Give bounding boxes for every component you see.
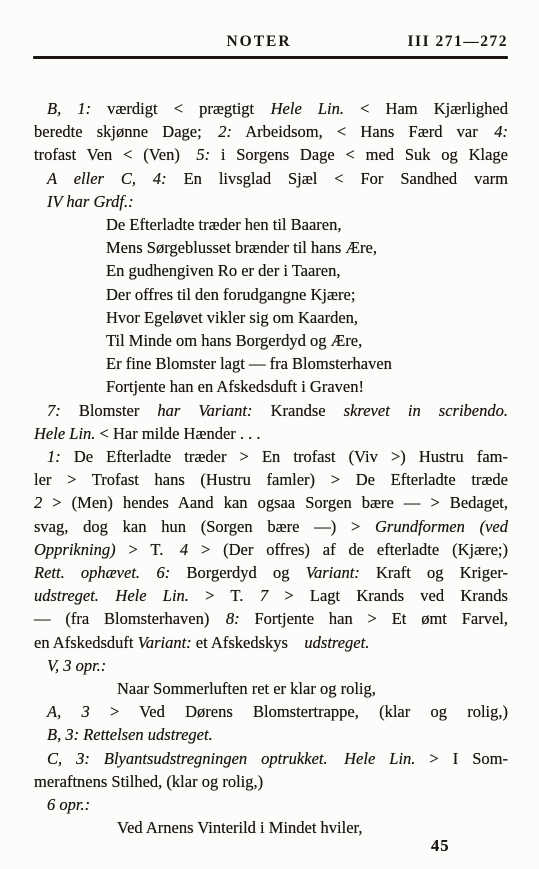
text-line: 2 > (Men) hendes Aand kan ogsaa Sorgen b… xyxy=(34,491,508,514)
text-line: De Efterladte træder hen til Baaren, xyxy=(34,213,508,236)
text-segment: Arbeidsom, < Hans Færd var xyxy=(232,122,494,141)
text-segment: Krandse xyxy=(253,401,344,420)
text-segment: V, 3 opr.: xyxy=(47,656,106,675)
text-segment: > I Som- xyxy=(415,749,508,768)
text-segment: Kraft og Kriger- xyxy=(360,563,508,582)
text-segment: < Ham Kjærlighed xyxy=(344,99,508,118)
text-line: Der offres til den forudgangne Kjære; xyxy=(34,283,508,306)
text-segment: Hele Lin. xyxy=(115,586,189,605)
text-line: ler > Trofast hans (Hustru famler) > De … xyxy=(34,468,508,491)
text-segment: Fortjente han > Et ømt Farvel, xyxy=(240,609,508,628)
text-segment: > Ved Dørens Blomstertrappe, (klar og ro… xyxy=(90,702,508,721)
text-line: trofast Ven < (Ven) 5: i Sorgens Dage < … xyxy=(34,143,508,166)
text-segment: C, 3: Blyantsudstregningen optrukket. xyxy=(47,749,328,768)
text-segment: > (Der offres) af de efterladte (Kjære;) xyxy=(188,540,508,559)
text-line: Fortjente han en Afskedsduft i Graven! xyxy=(34,375,508,398)
text-segment: B, 1: xyxy=(47,99,91,118)
text-line: meraftnens Stilhed, (klar og rolig,) xyxy=(34,770,508,793)
text-segment: trofast Ven < (Ven) xyxy=(34,145,196,164)
text-segment: Rett. ophævet. xyxy=(34,563,140,582)
text-segment: < Har milde Hænder . . . xyxy=(95,424,260,443)
text-segment: > T. xyxy=(116,540,180,559)
text-line: Rett. ophævet. 6: Borgerdyd og Variant: … xyxy=(34,561,508,584)
text-segment: Der offres til den forudgangne Kjære; xyxy=(106,285,355,304)
text-segment: ler > Trofast hans (Hustru famler) > De … xyxy=(34,470,508,489)
text-line: en Afskedsduft Variant: et Afskedskys ud… xyxy=(34,631,508,654)
text-segment: 8: xyxy=(226,609,240,628)
text-line: udstreget. Hele Lin. > T. 7 > Lagt Krand… xyxy=(34,584,508,607)
book-page: NOTER III 271—272 B, 1: værdigt < prægti… xyxy=(0,0,539,869)
text-segment: Grundformen (ved xyxy=(375,517,508,536)
text-segment: Variant: xyxy=(306,563,360,582)
text-segment: svag, dog kan hun (Sorgen bære —) > xyxy=(34,517,375,536)
text-line: beredte skjønne Dage; 2: Arbeidsom, < Ha… xyxy=(34,120,508,143)
text-segment: Borgerdyd og xyxy=(170,563,305,582)
text-segment: 6: xyxy=(157,563,171,582)
text-segment: værdigt < prægtigt xyxy=(91,99,271,118)
text-segment: Variant: xyxy=(138,633,192,652)
text-line: C, 3: Blyantsudstregningen optrukket. He… xyxy=(34,747,508,770)
text-segment: skrevet in scribendo. xyxy=(344,401,508,420)
text-segment: A, 3 xyxy=(47,702,90,721)
page-number: 45 xyxy=(431,836,450,856)
text-segment: meraftnens Stilhed, (klar og rolig,) xyxy=(34,772,263,791)
text-line: B, 1: værdigt < prægtigt Hele Lin. < Ham… xyxy=(34,97,508,120)
text-line: IV har Grdf.: xyxy=(34,190,508,213)
notes-text-block: B, 1: værdigt < prægtigt Hele Lin. < Ham… xyxy=(34,97,508,840)
text-segment: En gudhengiven Ro er der i Taaren, xyxy=(106,261,341,280)
text-segment: 2: xyxy=(218,122,232,141)
text-segment: De Efterladte træder hen til Baaren, xyxy=(106,215,341,234)
text-line: Opprikning) > T. 4 > (Der offres) af de … xyxy=(34,538,508,561)
text-segment: Opprikning) xyxy=(34,540,116,559)
text-line: A, 3 > Ved Dørens Blomstertrappe, (klar … xyxy=(34,700,508,723)
page-reference: III 271—272 xyxy=(408,33,508,51)
text-segment: Hvor Egeløvet vikler sig om Kaarden, xyxy=(106,308,358,327)
text-line: Er fine Blomster lagt — fra Blomsterhave… xyxy=(34,352,508,375)
text-segment: udstreget. xyxy=(34,586,99,605)
text-line: Naar Sommerluften ret er klar og rolig, xyxy=(34,677,508,700)
text-segment: Hele Lin. xyxy=(344,749,415,768)
text-line: Hvor Egeløvet vikler sig om Kaarden, xyxy=(34,306,508,329)
text-segment: IV har Grdf.: xyxy=(47,192,134,211)
text-segment: i Sorgens Dage < med Suk og Klage xyxy=(210,145,508,164)
text-segment: en Afskedsduft xyxy=(34,633,138,652)
text-segment xyxy=(140,563,157,582)
text-segment: beredte skjønne Dage; xyxy=(34,122,218,141)
text-segment: A eller C, 4: xyxy=(47,169,167,188)
text-segment: 2 xyxy=(34,493,42,512)
text-segment: En livsglad Sjæl < For Sandhed varm xyxy=(167,169,508,188)
text-line: En gudhengiven Ro er der i Taaren, xyxy=(34,259,508,282)
running-title: NOTER xyxy=(226,33,291,51)
text-segment: Naar Sommerluften ret er klar og rolig, xyxy=(117,679,376,698)
text-segment: 4: xyxy=(494,122,508,141)
text-line: — (fra Blomsterhaven) 8: Fortjente han >… xyxy=(34,607,508,630)
text-segment: > Lagt Krands ved Krands xyxy=(268,586,508,605)
text-segment: Hele Lin. xyxy=(271,99,344,118)
text-line: Til Minde om hans Borgerdyd og Ære, xyxy=(34,329,508,352)
text-segment: 5: xyxy=(196,145,210,164)
text-segment: udstreget. xyxy=(304,633,369,652)
text-segment: 7 xyxy=(260,586,268,605)
text-segment: Mens Sørgeblusset brænder til hans Ære, xyxy=(106,238,377,257)
text-line: 6 opr.: xyxy=(34,793,508,816)
text-line: 1: De Efterladte træder > En trofast (Vi… xyxy=(34,445,508,468)
text-segment: Hele Lin. xyxy=(34,424,95,443)
text-segment: B, 3: Rettelsen udstreget. xyxy=(47,725,213,744)
text-segment: > (Men) hendes Aand kan ogsaa Sorgen bær… xyxy=(42,493,508,512)
text-segment: De Efterladte træder > En trofast (Viv >… xyxy=(61,447,508,466)
text-line: Mens Sørgeblusset brænder til hans Ære, xyxy=(34,236,508,259)
text-segment: Fortjente han en Afskedsduft i Graven! xyxy=(106,377,364,396)
text-segment: Er fine Blomster lagt — fra Blomsterhave… xyxy=(106,354,392,373)
page-header: NOTER III 271—272 xyxy=(34,33,508,53)
text-segment: > T. xyxy=(189,586,260,605)
text-line: svag, dog kan hun (Sorgen bære —) > Grun… xyxy=(34,515,508,538)
header-rule xyxy=(33,56,508,59)
text-line: Hele Lin. < Har milde Hænder . . . xyxy=(34,422,508,445)
text-line: 7: Blomster har Variant: Krandse skrevet… xyxy=(34,399,508,422)
text-segment xyxy=(328,749,345,768)
text-segment: 4 xyxy=(180,540,188,559)
text-segment xyxy=(99,586,116,605)
text-segment: et Afskedskys xyxy=(192,633,305,652)
text-segment: Til Minde om hans Borgerdyd og Ære, xyxy=(106,331,362,350)
text-line: A eller C, 4: En livsglad Sjæl < For San… xyxy=(34,167,508,190)
text-segment: 1: xyxy=(47,447,61,466)
text-segment: Blomster xyxy=(61,401,158,420)
text-line: V, 3 opr.: xyxy=(34,654,508,677)
text-line: B, 3: Rettelsen udstreget. xyxy=(34,723,508,746)
text-segment: 6 opr.: xyxy=(47,795,90,814)
text-segment: har Variant: xyxy=(157,401,252,420)
text-segment: — (fra Blomsterhaven) xyxy=(34,609,226,628)
text-segment: Ved Arnens Vinterild i Mindet hviler, xyxy=(117,818,363,837)
text-segment: 7: xyxy=(47,401,61,420)
